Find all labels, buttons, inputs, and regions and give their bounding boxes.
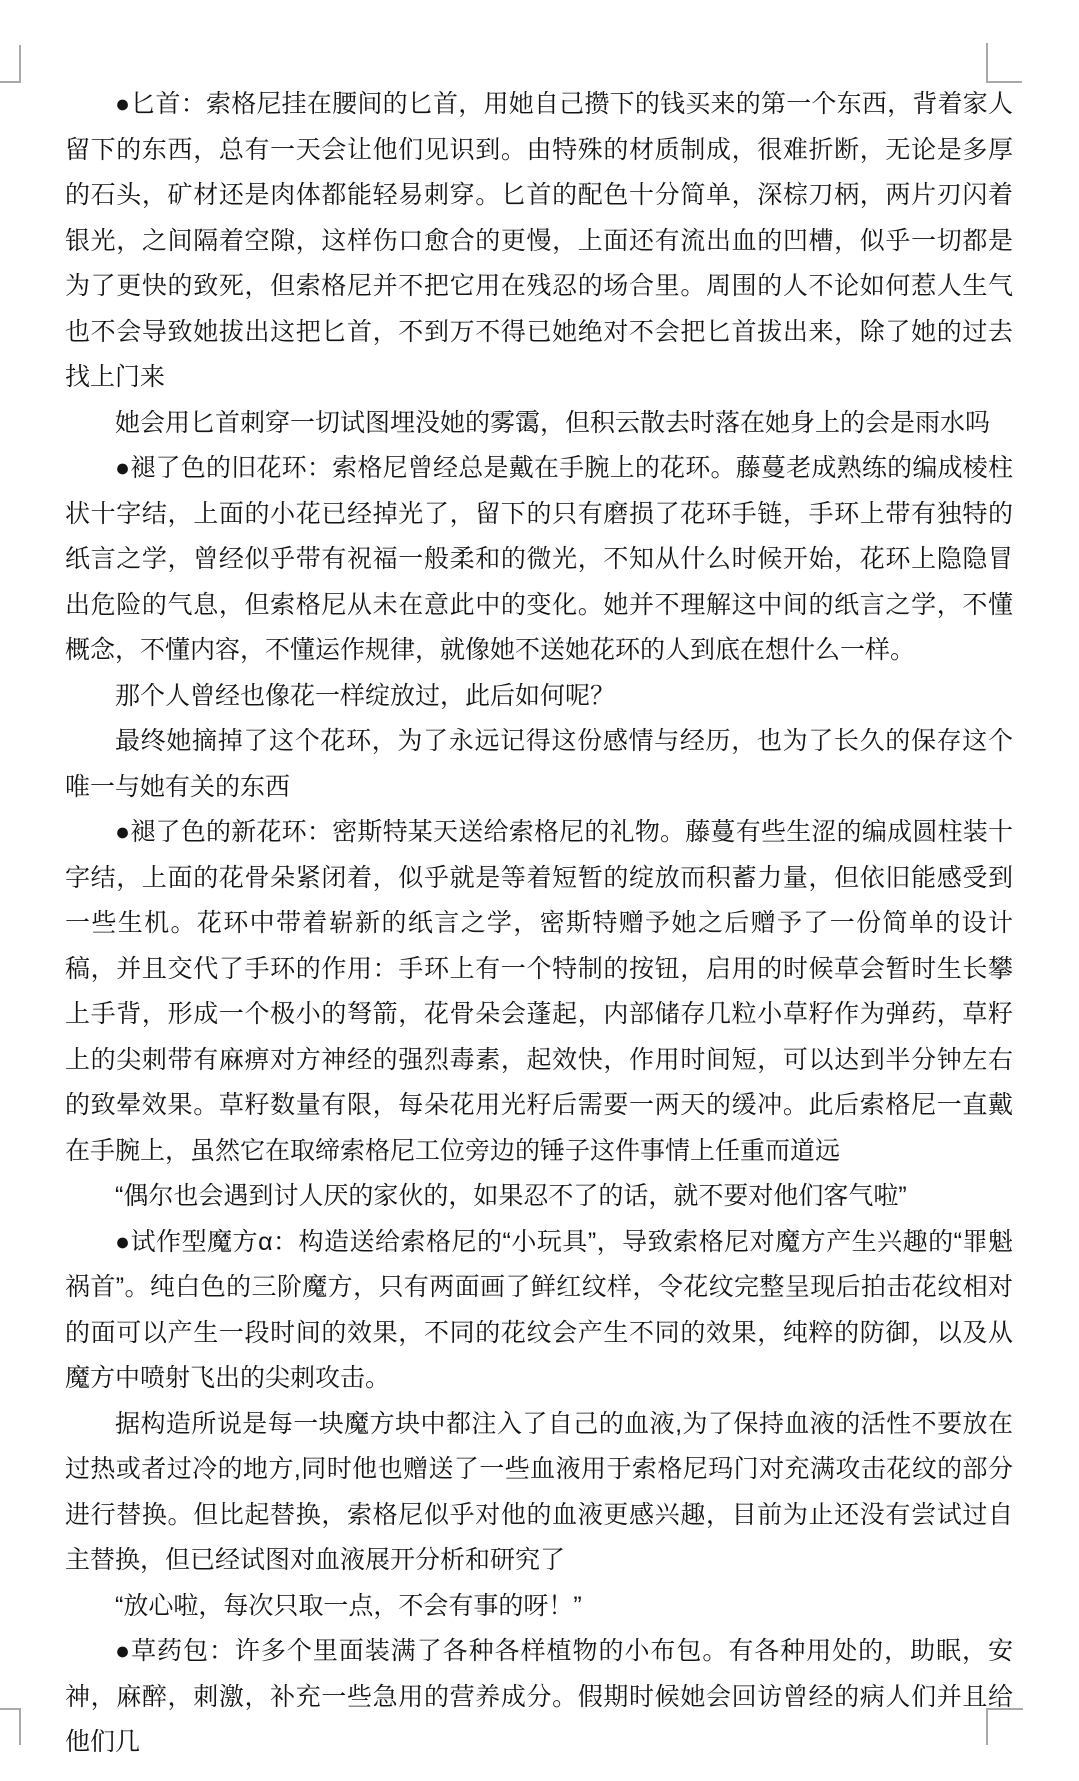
corner-mark-bottom-left [0,1708,21,1745]
bullet-paragraph: ●草药包：许多个里面装满了各种各样植物的小布包。有各种用处的，助眠，安神，麻醉，… [65,1629,1013,1766]
paragraph: 她会用匕首刺穿一切试图埋没她的雾霭，但积云散去时落在她身上的会是雨水吗 [65,401,1013,447]
bullet-paragraph: ●试作型魔方α：构造送给索格尼的“小玩具”，导致索格尼对魔方产生兴趣的“罪魁祸首… [65,1220,1013,1402]
bullet-paragraph: ●匕首：索格尼挂在腰间的匕首，用她自己攒下的钱买来的第一个东西，背着家人留下的东… [65,82,1013,401]
document-body: ●匕首：索格尼挂在腰间的匕首，用她自己攒下的钱买来的第一个东西，背着家人留下的东… [65,82,1013,1766]
corner-mark-top-left [0,45,21,83]
quote-paragraph: “偶尔也会遇到讨人厌的家伙的，如果忍不了的话，就不要对他们客气啦” [65,1174,1013,1220]
bullet-paragraph: ●褪了色的旧花环：索格尼曾经总是戴在手腕上的花环。藤蔓老成熟练的编成棱柱状十字结… [65,446,1013,674]
quote-paragraph: “放心啦，每次只取一点，不会有事的呀！” [65,1584,1013,1630]
bullet-paragraph: ●褪了色的新花环：密斯特某天送给索格尼的礼物。藤蔓有些生涩的编成圆柱装十字结，上… [65,810,1013,1174]
page: ●匕首：索格尼挂在腰间的匕首，用她自己攒下的钱买来的第一个东西，背着家人留下的东… [0,0,1079,1781]
corner-mark-top-right [986,43,1022,83]
paragraph: 那个人曾经也像花一样绽放过，此后如何呢？ [65,674,1013,720]
paragraph: 最终她摘掉了这个花环，为了永远记得这份感情与经历，也为了长久的保存这个唯一与她有… [65,719,1013,810]
paragraph: 据构造所说是每一块魔方块中都注入了自己的血液,为了保持血液的活性不要放在过热或者… [65,1402,1013,1584]
